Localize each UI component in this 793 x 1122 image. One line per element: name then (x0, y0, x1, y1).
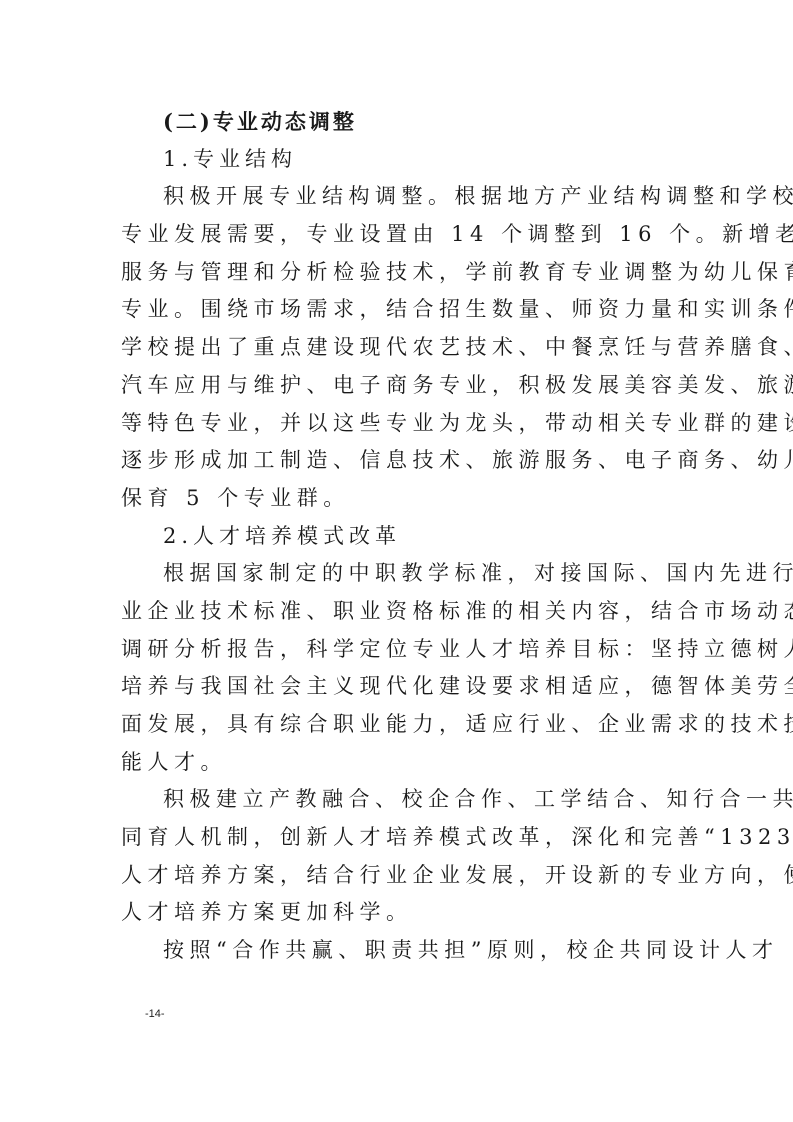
paragraph-line: 培养与我国社会主义现代化建设要求相适应，德智体美劳全 (121, 668, 677, 706)
paragraph-line: 按照“合作共赢、职责共担”原则，校企共同设计人才 (121, 932, 677, 970)
subsection-title: 1.专业结构 (121, 141, 677, 179)
paragraph-line: 专业。围绕市场需求，结合招生数量、师资力量和实训条件， (121, 291, 677, 329)
paragraph-line: 积极建立产教融合、校企合作、工学结合、知行合一共 (121, 781, 677, 819)
paragraph-line: 同育人机制，创新人才培养模式改革，深化和完善“1323” (121, 819, 677, 857)
paragraph-line: 服务与管理和分析检验技术，学前教育专业调整为幼儿保育 (121, 254, 677, 292)
paragraph-line: 专业发展需要，专业设置由 14 个调整到 16 个。新增老年人 (121, 216, 677, 254)
document-page: (二)专业动态调整 1.专业结构 积极开展专业结构调整。根据地方产业结构调整和学… (121, 103, 677, 970)
page-number: -14- (145, 1008, 165, 1020)
paragraph-line: 等特色专业，并以这些专业为龙头，带动相关专业群的建设， (121, 405, 677, 443)
paragraph-line: 积极开展专业结构调整。根据地方产业结构调整和学校 (121, 178, 677, 216)
paragraph-line: 逐步形成加工制造、信息技术、旅游服务、电子商务、幼儿 (121, 442, 677, 480)
paragraph-line: 汽车应用与维护、电子商务专业，积极发展美容美发、旅游 (121, 367, 677, 405)
paragraph-line: 人才培养方案更加科学。 (121, 894, 677, 932)
section-heading: (二)专业动态调整 (121, 103, 677, 141)
paragraph-line: 人才培养方案，结合行业企业发展，开设新的专业方向，使 (121, 857, 677, 895)
paragraph-line: 业企业技术标准、职业资格标准的相关内容，结合市场动态 (121, 593, 677, 631)
paragraph-line: 学校提出了重点建设现代农艺技术、中餐烹饪与营养膳食、 (121, 329, 677, 367)
subsection-title: 2.人才培养模式改革 (121, 518, 677, 556)
paragraph-line: 根据国家制定的中职教学标准，对接国际、国内先进行 (121, 555, 677, 593)
paragraph-line: 能人才。 (121, 744, 677, 782)
paragraph-line: 保育 5 个专业群。 (121, 480, 677, 518)
paragraph-line: 面发展，具有综合职业能力，适应行业、企业需求的技术技 (121, 706, 677, 744)
paragraph-line: 调研分析报告，科学定位专业人才培养目标：坚持立德树人， (121, 631, 677, 669)
